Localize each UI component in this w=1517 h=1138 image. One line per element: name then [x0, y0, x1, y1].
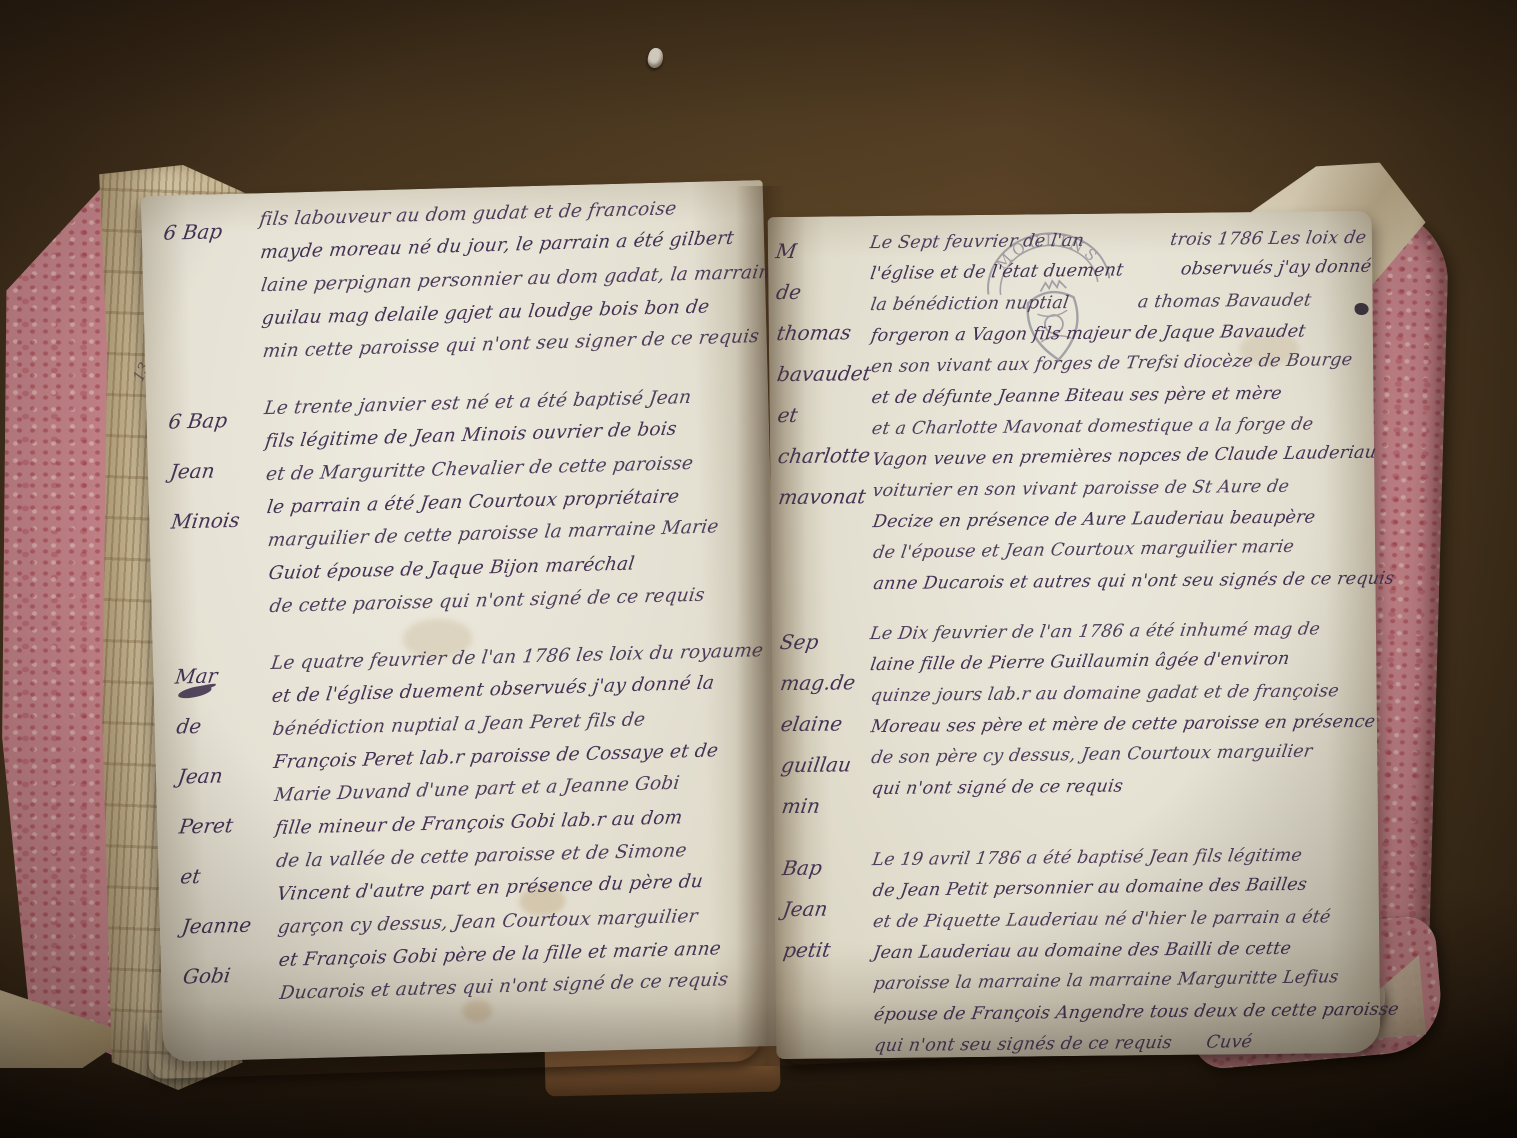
margin-word: Gobi	[180, 949, 283, 1002]
handwritten-line: de son père cy dessus, Jean Courtoux mar…	[869, 736, 1380, 775]
margin-word: 6 Bap	[160, 205, 263, 258]
handwritten-line: l'église et de l'état duement observués …	[868, 252, 1375, 291]
handwritten-line: qui n'ont signé de ce requis	[869, 769, 1380, 805]
register-entry: Mar de Jean Peret et Jeanne Gobi	[175, 634, 784, 1013]
margin-word: Minois	[168, 494, 271, 547]
entry-text: Le quatre feuvrier de l'an 1786 les loix…	[271, 634, 784, 1010]
left-page-entries: 6 Bap fils labouveur au dom gudat et de …	[163, 190, 784, 1012]
margin-word: et	[177, 849, 280, 902]
margin-word: Mar	[172, 649, 275, 702]
left-page: 6 Bap fils labouveur au dom gudat et de …	[141, 180, 785, 1062]
margin-word: Jean	[167, 444, 270, 497]
entry-text: Le Dix feuvrier de l'an 1786 a été inhum…	[870, 614, 1378, 826]
margin-word: Peret	[176, 799, 279, 852]
entry-margin-notes: 6 Bap Jean Minois	[168, 392, 270, 625]
margin-word: Jeanne	[179, 899, 282, 952]
register-entry: 6 Bap fils labouveur au dom gudat et de …	[163, 190, 767, 371]
handwritten-line: en son vivant aux forges de Trefsi diocè…	[868, 345, 1375, 384]
margin-word: Jean	[175, 749, 278, 802]
register-entry: M de thomas bavaudet et charlotte mavo	[776, 223, 1376, 601]
handwritten-line: qui n'ont seu signés de ce requis Cuvé	[872, 1026, 1383, 1062]
handwritten-line: Vagon veuve en premières nopces de Claud…	[869, 438, 1376, 477]
entry-margin-notes: Mar de Jean Peret et Jeanne Gobi	[175, 647, 280, 1012]
entry-text: fils labouveur au dom gudat et de franco…	[259, 190, 767, 368]
handwritten-line: laine fille de Pierre Guillaumin âgée d'…	[868, 643, 1379, 682]
handwritten-line: de Jean Petit personnier au domaine des …	[870, 869, 1381, 908]
photo-of-open-parish-register: 13 6 Bap fils labouveur au	[0, 0, 1517, 1138]
entry-margin-notes: 6 Bap	[163, 203, 263, 370]
entry-text: Le trente janvier est né et a été baptis…	[264, 379, 774, 623]
entry-text: Le Sept feuvrier de l'an trois 1786 Les …	[869, 223, 1375, 600]
margin-word: 6 Bap	[165, 394, 268, 447]
handwritten-line: paroisse la marraine la marraine Marguri…	[871, 962, 1382, 1001]
register-entry: Sep mag.de elaine guillau min	[780, 614, 1378, 827]
right-page-entries: M de thomas bavaudet et charlotte mavo	[776, 223, 1381, 1063]
handwritten-line: de l'épouse et Jean Courtoux marguilier …	[870, 531, 1377, 570]
gutter-shadow	[736, 186, 806, 1066]
register-entry: Bap Jean petit Le 19 avril 1786 a été ba…	[782, 840, 1380, 1063]
right-page: MOULINS M de	[768, 211, 1381, 1059]
margin-word: de	[173, 699, 276, 752]
entry-text: Le 19 avril 1786 a été baptisé Jean fils…	[872, 840, 1380, 1062]
handwritten-line: anne Ducarois et autres qui n'ont seu si…	[871, 564, 1378, 600]
register-entry: 6 Bap Jean Minois Le trente janvier est …	[168, 379, 774, 626]
